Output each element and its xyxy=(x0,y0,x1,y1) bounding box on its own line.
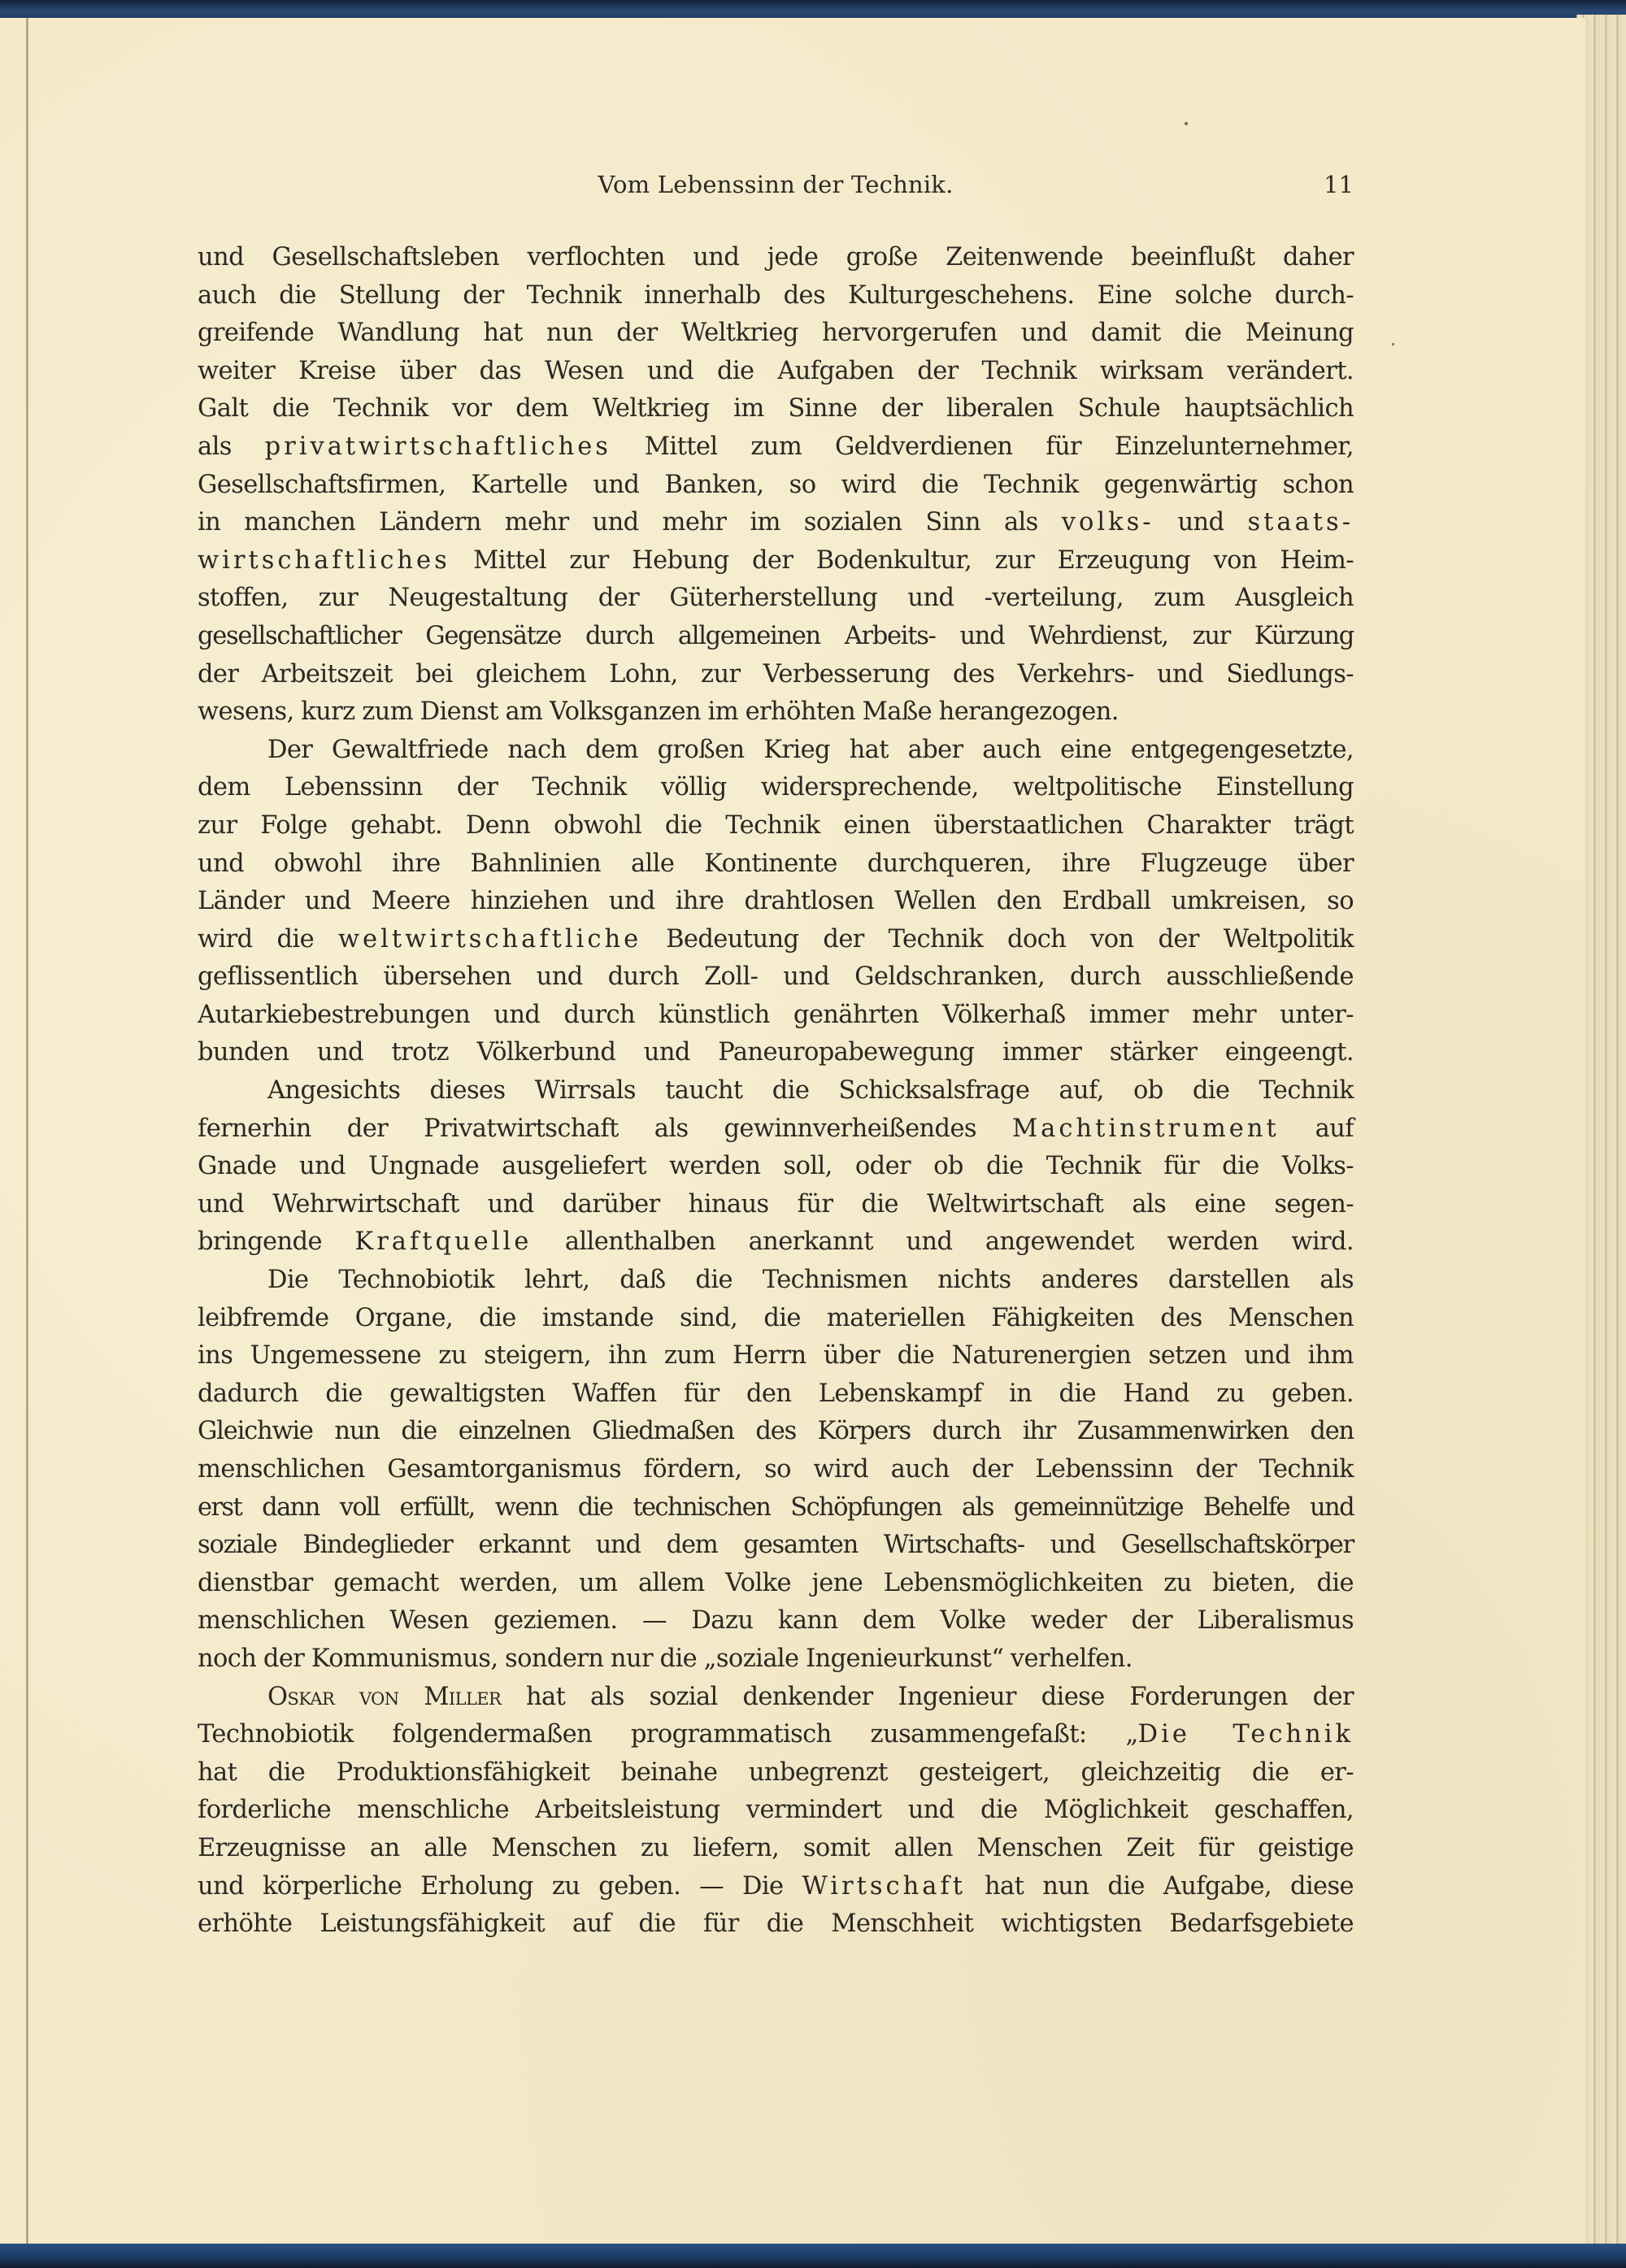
text-run: Technobiotik folgendermaßen programmatis… xyxy=(198,1720,1138,1749)
body-text: und Gesellschaftsleben verflochten und j… xyxy=(198,239,1354,1944)
text-line: Länder und Meere hinziehen und ihre drah… xyxy=(198,883,1354,921)
page-number: 11 xyxy=(1324,171,1354,198)
text-line: wirtschaftliches Mittel zur Hebung der B… xyxy=(198,542,1354,580)
text-line: fernerhin der Privatwirtschaft als gewin… xyxy=(198,1110,1354,1149)
text-line: greifende Wandlung hat nun der Weltkrieg… xyxy=(198,315,1354,353)
text-line: Technobiotik folgendermaßen programmatis… xyxy=(198,1716,1354,1754)
text-line: Erzeugnisse an alle Menschen zu liefern,… xyxy=(198,1830,1354,1868)
text-run: wird die xyxy=(198,925,338,954)
text-line: und Wehrwirtschaft und darüber hinaus fü… xyxy=(198,1186,1354,1224)
paragraph-start-line: Die Technobiotik lehrt, daß die Technism… xyxy=(198,1262,1354,1300)
running-head-title: Vom Lebenssinn der Technik. xyxy=(198,171,1354,198)
emphasis-spaced: weltwirtschaftliche xyxy=(338,925,641,954)
paragraph-start-line: Oskar von Miller hat als sozial denkende… xyxy=(198,1679,1354,1717)
text-run: als xyxy=(198,432,265,461)
emphasis-spaced: Kraftquelle xyxy=(354,1227,532,1256)
text-run: auf xyxy=(1280,1114,1354,1143)
paragraph-start-line: Der Gewaltfriede nach dem großen Krieg h… xyxy=(198,732,1354,770)
text-line: geflissentlich übersehen und durch Zoll-… xyxy=(198,958,1354,997)
text-line: Gnade und Ungnade ausgeliefert werden so… xyxy=(198,1148,1354,1186)
text-line: menschlichen Gesamtorganismus fördern, s… xyxy=(198,1451,1354,1489)
emphasis-spaced: Die Technik xyxy=(1138,1720,1354,1749)
text-line: der Arbeitszeit bei gleichem Lohn, zur V… xyxy=(198,656,1354,694)
text-line: dadurch die gewaltigsten Waffen für den … xyxy=(198,1375,1354,1414)
text-run: und xyxy=(1154,508,1248,537)
emphasis-spaced: Machtinstrument xyxy=(1012,1114,1280,1143)
text-line: ins Ungemessene zu steigern, ihn zum Her… xyxy=(198,1337,1354,1375)
text-line: erst dann voll erfüllt, wenn die technis… xyxy=(198,1489,1354,1527)
text-run: Mittel zur Hebung der Bodenkultur, zur E… xyxy=(450,546,1354,575)
text-line: wesens, kurz zum Dienst am Volksganzen i… xyxy=(198,693,1354,732)
text-line: erhöhte Leistungsfähigkeit auf die für d… xyxy=(198,1905,1354,1944)
text-line: bunden und trotz Völkerbund und Paneurop… xyxy=(198,1034,1354,1072)
text-line: menschlichen Wesen geziemen. — Dazu kann… xyxy=(198,1602,1354,1640)
text-line: als privatwirtschaftliches Mittel zum Ge… xyxy=(198,428,1354,467)
text-line: leibfremde Organe, die imstande sind, di… xyxy=(198,1300,1354,1338)
running-head: Vom Lebenssinn der Technik. 11 xyxy=(198,171,1354,203)
text-line: bringende Kraftquelle allenthalben anerk… xyxy=(198,1223,1354,1262)
text-line: dienstbar gemacht werden, um allem Volke… xyxy=(198,1565,1354,1603)
gutter-fold-line xyxy=(26,18,28,2245)
text-line: und körperliche Erholung zu geben. — Die… xyxy=(198,1868,1354,1906)
emphasis-spaced: staats- xyxy=(1248,508,1354,537)
text-run: hat nun die Aufgabe, diese xyxy=(966,1872,1354,1901)
text-line: Galt die Technik vor dem Weltkrieg im Si… xyxy=(198,390,1354,428)
paper-speck xyxy=(1185,122,1188,125)
text-run: Mittel zum Geldverdienen für Einzelunter… xyxy=(611,432,1354,461)
text-run: fernerhin der Privatwirtschaft als gewin… xyxy=(198,1114,1012,1143)
text-line: soziale Bindeglieder erkannt und dem ges… xyxy=(198,1527,1354,1565)
text-line: Autarkiebestrebungen und durch künstlich… xyxy=(198,997,1354,1035)
text-line: dem Lebenssinn der Technik völlig widers… xyxy=(198,769,1354,807)
text-line: hat die Produktionsfähigkeit beinahe unb… xyxy=(198,1754,1354,1792)
text-run: Bedeutung der Technik doch von der Weltp… xyxy=(641,925,1354,954)
book-cover-top-edge xyxy=(0,0,1626,20)
text-run: hat als sozial denkender Ingenieur diese… xyxy=(501,1683,1354,1711)
text-line: in manchen Ländern mehr und mehr im sozi… xyxy=(198,504,1354,542)
text-line: wird die weltwirtschaftliche Bedeutung d… xyxy=(198,921,1354,959)
book-page: Vom Lebenssinn der Technik. 11 und Gesel… xyxy=(0,18,1585,2247)
text-line: weiter Kreise über das Wesen und die Auf… xyxy=(198,353,1354,391)
text-run: in manchen Ländern mehr und mehr im sozi… xyxy=(198,508,1062,537)
paragraph-start-line: Angesichts dieses Wirrsals taucht die Sc… xyxy=(198,1072,1354,1110)
text-line: stoffen, zur Neugestaltung der Güterhers… xyxy=(198,580,1354,618)
text-line: Gleichwie nun die einzelnen Gliedmaßen d… xyxy=(198,1413,1354,1451)
emphasis-spaced: wirtschaftliches xyxy=(198,546,450,575)
emphasis-spaced: volks- xyxy=(1062,508,1154,537)
emphasis-spaced: privatwirtschaftliches xyxy=(265,432,611,461)
text-line: und Gesellschaftsleben verflochten und j… xyxy=(198,239,1354,277)
text-line: auch die Stellung der Technik innerhalb … xyxy=(198,277,1354,315)
text-run: bringende xyxy=(198,1227,354,1256)
emphasis-spaced: Wirtschaft xyxy=(802,1872,966,1901)
text-line: gesellschaftlicher Gegensätze durch allg… xyxy=(198,618,1354,656)
text-line: noch der Kommunismus, sondern nur die „s… xyxy=(198,1640,1354,1679)
text-run: allenthalben anerkannt und angewendet we… xyxy=(532,1227,1354,1256)
text-line: zur Folge gehabt. Denn obwohl die Techni… xyxy=(198,807,1354,845)
author-name-smallcaps: Oskar von Miller xyxy=(267,1683,501,1711)
text-line: und obwohl ihre Bahnlinien alle Kontinen… xyxy=(198,845,1354,884)
text-run: und körperliche Erholung zu geben. — Die xyxy=(198,1872,802,1901)
paper-speck xyxy=(1392,343,1394,345)
text-line: forderliche menschliche Arbeitsleistung … xyxy=(198,1792,1354,1830)
text-line: Gesellschaftsfirmen, Kartelle und Banken… xyxy=(198,467,1354,505)
book-cover-bottom-edge xyxy=(0,2244,1626,2268)
book-scan: Vom Lebenssinn der Technik. 11 und Gesel… xyxy=(0,0,1626,2268)
